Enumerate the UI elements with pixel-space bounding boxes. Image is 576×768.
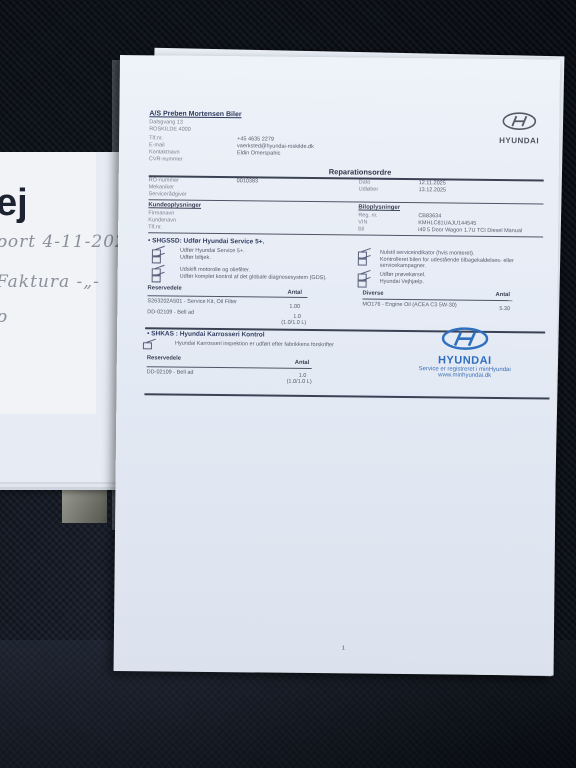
customer-field-label: Firmanavn [148,210,174,216]
order-date: 12.11.2025 [419,180,446,186]
parts-header-qty: Antal [295,360,310,366]
dealer-phone: +45 4635 2279 [237,136,274,142]
checkbox-icon [358,259,367,266]
dealer-field-label: Tlf.nr. [149,135,163,141]
dealer-contact-name: Eldin Omerspahic [237,150,280,156]
misc-row-name: MO176 - Engine Oil (ACEA C3 5W-30) [362,302,456,309]
order-field-label: Dato [359,180,371,186]
task-item: Udskift motorolie og oliefilter. [180,267,250,274]
checkbox-icon [152,256,161,263]
dealer-field-label: E-mail [149,142,165,148]
handwriting-line: Faktura -„- [0,272,100,292]
part-row-name: DD-02109 - Bell ad [147,369,194,375]
order-field-label: RO-nummer [149,177,179,183]
vehicle-vin: KMHLC81UAJU144545 [418,220,476,227]
vehicle-model: i40 5 Door Wagon 1.7U TCI Diesel Manual [418,227,522,234]
service-task-title-text: SHGSSD: Udfør Hyundai Service 5+. [152,237,264,245]
divider [148,199,543,204]
order-field-label: Mekaniker [149,184,174,190]
part-row-qty: 1.00 [289,304,300,310]
vehicle-field-label: Bil [358,227,364,233]
dealer-field-label: CVR-nummer [149,156,183,162]
divider [362,299,512,302]
part-row-name: S263202A501 - Service Kit, Oil Filter [147,298,237,305]
order-expiry: 13.12.2025 [419,187,447,193]
parts-header-name: Reservedele [148,285,182,291]
handwriting-line: port 4-11-202 [0,232,127,252]
checkbox-icon [152,275,161,282]
misc-header-name: Diverse [362,291,383,297]
repair-order-document: A/S Preben Mortensen Biler Dalsgvang 13 … [114,55,560,676]
customer-field-label: Kundenavn [148,217,176,223]
hyundai-brand-top: HYUNDAI [489,111,549,146]
checkbox-icon [143,342,152,349]
hyundai-logo-icon [440,326,490,351]
hyundai-wordmark: HYUNDAI [489,136,549,146]
body-task-description: Hyundai Karrosseri inspektion er udført … [175,341,340,349]
divider [144,393,549,399]
service-task-title: • SHGSSD: Udfør Hyundai Service 5+. [148,237,264,245]
task-item: Udfør biltjek. [180,255,211,261]
dealer-address-line1: Dalsgvang 13 [149,119,183,125]
parts-header-qty: Antal [287,290,302,296]
customer-heading: Kundeoplysninger [148,202,201,209]
vehicle-field-label: Reg. nr. [358,213,377,219]
task-item: Udfør komplet kontrol af det globale dia… [180,274,327,282]
customer-field-label: Tlf.nr. [148,224,162,230]
vehicle-heading: Biloplysninger [358,205,400,211]
misc-header-qty: Antal [495,292,510,298]
task-item: Udfør prøvekørsel. [380,272,426,278]
body-task-title-text: SHKAS : Hyundai Karrosseri Kontrol [151,330,264,338]
body-task-title: • SHKAS : Hyundai Karrosseri Kontrol [147,330,265,338]
part-row-sub: (1.0/1.0 L) [281,320,306,326]
vehicle-field-label: VIN [358,220,367,226]
task-item: Hyundai Vejhjælp. [380,279,424,285]
dealer-name: A/S Preben Mortensen Biler [149,110,241,118]
task-item: Kontrolleret bilen for udestående tilbag… [380,257,530,271]
task-item: Nulstil serviceindikator (hvis monteret)… [380,250,475,257]
task-item: Udfør Hyundai Service 5+. [180,248,245,255]
part-row-sub: (1.0/1.0 L) [287,379,312,385]
plastic-sleeve-corner [62,488,107,523]
order-field-label: Udløber [359,187,379,193]
checkbox-icon [358,281,367,288]
order-field-label: Servicerådgiver [149,191,187,197]
vehicle-reg-number: CB83634 [418,213,441,219]
dealer-field-label: Kontaktnavn [149,149,180,155]
ro-number: 0010383 [237,178,258,184]
dealer-email: vaerksted@hyundai-roskilde.dk [237,143,314,150]
page-number: 1 [342,645,345,651]
part-row-name: DD-02109 - Bell ad [147,309,194,315]
handwriting-line: p [0,307,8,327]
misc-row-qty: 5.30 [499,306,510,312]
dealer-address-line2: ROSKILDE 4000 [149,126,191,132]
parts-header-name: Reservedele [147,355,181,361]
hyundai-service-stamp: HYUNDAI Service er registreret i minHyun… [400,326,531,379]
order-title: Reparationsordre [329,167,392,177]
hyundai-logo-icon [501,111,537,131]
left-paper-heading: ej [0,182,28,225]
